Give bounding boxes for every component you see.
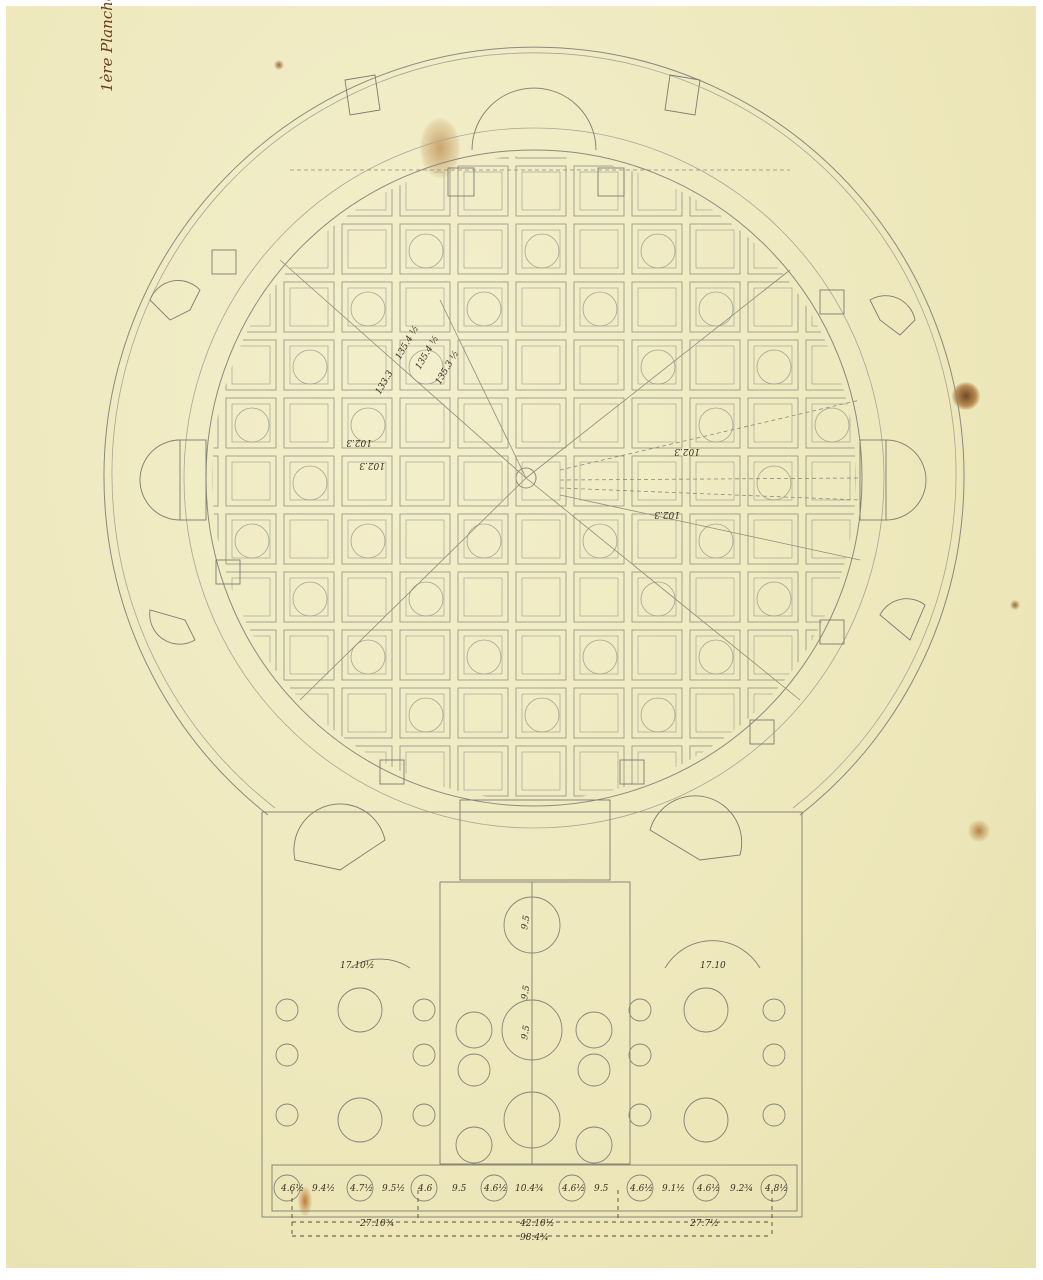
front-label: 9.5	[452, 1184, 467, 1194]
front-label: 9.2¾	[730, 1183, 753, 1194]
axis-label: 102.3	[346, 437, 372, 447]
axis-label: 102.3	[674, 446, 700, 456]
front-label: 4.8½	[764, 1183, 788, 1194]
dim-left: 27.10¾	[359, 1218, 395, 1229]
front-label: 9.5	[594, 1184, 609, 1194]
bay-right: 17.10	[700, 961, 726, 971]
coffer-grid	[200, 140, 870, 820]
front-label: 4.6½	[483, 1183, 507, 1194]
axis-label: 102.3	[654, 509, 680, 519]
dimension-lines	[292, 1190, 772, 1236]
portico-columns	[274, 897, 787, 1201]
front-label: 9.1½	[662, 1183, 685, 1194]
dim-total: 98.4¾	[520, 1232, 549, 1243]
front-label: 4.6	[417, 1184, 433, 1194]
front-label: 4.6½	[280, 1183, 304, 1194]
architectural-plan: 27.10¾ 42.10½ 27.7½ 98.4¾ 17.10½ 17.10 4…	[0, 0, 1043, 1280]
front-label: 9.4½	[312, 1183, 335, 1194]
intercol-label: 9.5	[520, 914, 532, 930]
front-label: 4.6½	[696, 1183, 720, 1194]
front-label: 4.7½	[349, 1183, 373, 1194]
front-label: 4.6½	[629, 1183, 653, 1194]
intercol-label: 9.5	[520, 1024, 532, 1040]
bay-left: 17.10½	[340, 960, 375, 971]
front-label: 4.6½	[561, 1183, 585, 1194]
front-label: 9.5½	[382, 1183, 405, 1194]
portico	[262, 800, 802, 1217]
dim-center: 42.10½	[519, 1218, 555, 1229]
intercol-label: 9.5	[520, 984, 532, 1000]
axis-label: 102.3	[359, 460, 385, 470]
front-label: 10.4¾	[515, 1183, 544, 1194]
dim-right: 27.7½	[689, 1218, 719, 1229]
